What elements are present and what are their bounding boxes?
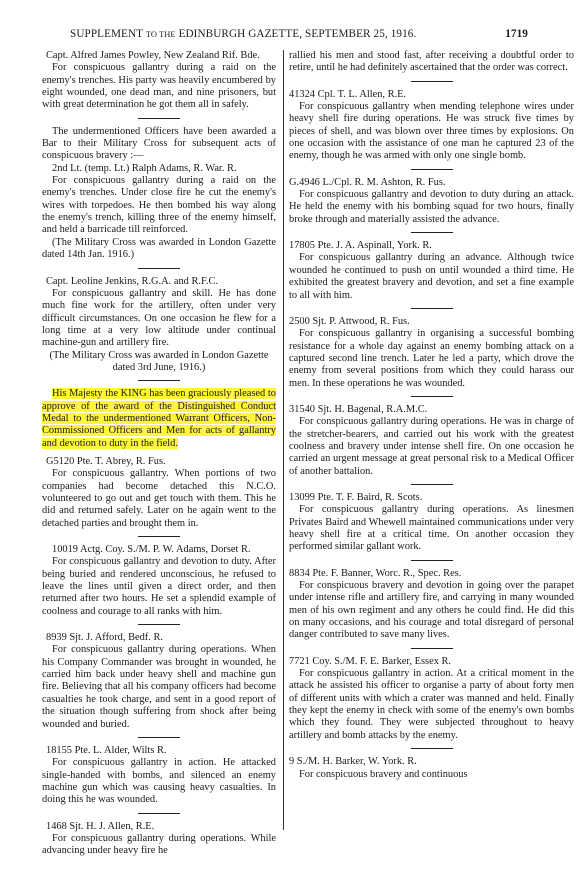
entry-citation: For conspicuous gallantry in action. He … xyxy=(42,757,276,806)
entry-abrey: G5120 Pte. T. Abrey, R. Fus. For conspic… xyxy=(42,456,276,530)
entry-name: G5120 Pte. T. Abrey, R. Fus. xyxy=(42,456,276,468)
entry-name: 2500 Sjt. P. Attwood, R. Fus. xyxy=(289,316,574,328)
entry-name: Capt. Alfred James Powley, New Zealand R… xyxy=(42,50,276,62)
entry-name: 31540 Sjt. H. Bagenal, R.A.M.C. xyxy=(289,404,574,416)
section-rule xyxy=(411,396,453,397)
entry-adams-ralph: 2nd Lt. (temp. Lt.) Ralph Adams, R. War.… xyxy=(42,163,276,262)
entry-note: (The Military Cross was awarded in Londo… xyxy=(42,237,276,262)
entry-citation: For conspicuous gallantry. When portions… xyxy=(42,468,276,530)
header-title-supplement: SUPPLEMENT xyxy=(70,28,143,40)
entry-citation: For conspicuous bravery and devotion in … xyxy=(289,580,574,642)
section-rule xyxy=(411,748,453,749)
section-rule xyxy=(411,308,453,309)
entry-citation: For conspicuous gallantry and devotion t… xyxy=(42,556,276,618)
section-rule xyxy=(411,484,453,485)
entry-jenkins: Capt. Leoline Jenkins, R.G.A. and R.F.C.… xyxy=(42,276,276,375)
column-divider xyxy=(283,50,284,830)
entry-name: 1468 Sjt. H. J. Allen, R.E. xyxy=(42,821,276,833)
entry-name: 41324 Cpl. T. L. Allen, R.E. xyxy=(289,89,574,101)
entry-name: 8834 Pte. F. Banner, Worc. R., Spec. Res… xyxy=(289,568,574,580)
entry-note: (The Military Cross was awarded in Londo… xyxy=(42,350,276,375)
entry-citation: For conspicuous gallantry during a raid … xyxy=(42,175,276,237)
section-rule xyxy=(411,648,453,649)
header-title-gazette-date: EDINBURGH GAZETTE, SEPTEMBER 25, 1916. xyxy=(179,28,417,40)
entry-banner: 8834 Pte. F. Banner, Worc. R., Spec. Res… xyxy=(289,568,574,642)
entry-baird: 13099 Pte. T. F. Baird, R. Scots. For co… xyxy=(289,492,574,554)
entry-allen-tl: 41324 Cpl. T. L. Allen, R.E. For conspic… xyxy=(289,89,574,163)
entry-citation: For conspicuous gallantry when mending t… xyxy=(289,101,574,163)
page-header: SUPPLEMENT TO THE EDINBURGH GAZETTE, SEP… xyxy=(70,28,520,40)
entry-citation: For conspicuous gallantry during operati… xyxy=(42,833,276,858)
left-column: Capt. Alfred James Powley, New Zealand R… xyxy=(42,50,276,858)
entry-citation: For conspicuous gallantry and skill. He … xyxy=(42,288,276,350)
entry-name: G.4946 L./Cpl. R. M. Ashton, R. Fus. xyxy=(289,177,574,189)
entry-powley: Capt. Alfred James Powley, New Zealand R… xyxy=(42,50,276,112)
entry-citation: For conspicuous gallantry in action. At … xyxy=(289,668,574,742)
section-rule xyxy=(138,118,180,119)
entry-citation: For conspicuous gallantry during operati… xyxy=(42,644,276,730)
highlighted-text: His Majesty the KING has been graciously… xyxy=(42,388,276,448)
entry-afford: 8939 Sjt. J. Afford, Bedf. R. For conspi… xyxy=(42,632,276,731)
entry-citation: For conspicuous gallantry in organising … xyxy=(289,328,574,390)
continuation-text: rallied his men and stood fast, after re… xyxy=(289,50,574,75)
entry-barker-fe: 7721 Coy. S./M. F. E. Barker, Essex R. F… xyxy=(289,656,574,742)
dcm-intro: His Majesty the KING has been graciously… xyxy=(42,388,276,450)
section-rule xyxy=(138,380,180,381)
section-rule xyxy=(138,624,180,625)
entry-name: 17805 Pte. J. A. Aspinall, York. R. xyxy=(289,240,574,252)
section-rule xyxy=(138,813,180,814)
entry-name: 9 S./M. H. Barker, W. York. R. xyxy=(289,756,574,768)
section-rule xyxy=(138,737,180,738)
entry-allen-hj: 1468 Sjt. H. J. Allen, R.E. For conspicu… xyxy=(42,821,276,858)
section-rule xyxy=(138,536,180,537)
entry-ashton: G.4946 L./Cpl. R. M. Ashton, R. Fus. For… xyxy=(289,177,574,226)
entry-citation: For conspicuous gallantry and devotion t… xyxy=(289,189,574,226)
entry-bagenal: 31540 Sjt. H. Bagenal, R.A.M.C. For cons… xyxy=(289,404,574,478)
entry-name: 18155 Pte. L. Alder, Wilts R. xyxy=(42,745,276,757)
section-rule xyxy=(411,560,453,561)
entry-citation: For conspicuous gallantry during a raid … xyxy=(42,62,276,111)
right-column: rallied his men and stood fast, after re… xyxy=(289,50,574,781)
entry-barker-h: 9 S./M. H. Barker, W. York. R. For consp… xyxy=(289,756,574,781)
section-rule xyxy=(411,232,453,233)
entry-adams-pw: 10019 Actg. Coy. S./M. P. W. Adams, Dors… xyxy=(42,544,276,618)
entry-name: Capt. Leoline Jenkins, R.G.A. and R.F.C. xyxy=(42,276,276,288)
entry-citation: For conspicuous gallantry during an adva… xyxy=(289,252,574,301)
entry-name: 10019 Actg. Coy. S./M. P. W. Adams, Dors… xyxy=(42,544,276,556)
entry-citation: For conspicuous bravery and continuous xyxy=(289,769,574,781)
entry-name: 7721 Coy. S./M. F. E. Barker, Essex R. xyxy=(289,656,574,668)
entry-attwood: 2500 Sjt. P. Attwood, R. Fus. For conspi… xyxy=(289,316,574,390)
page-number: 1719 xyxy=(505,28,528,40)
entry-name: 8939 Sjt. J. Afford, Bedf. R. xyxy=(42,632,276,644)
bar-to-mc-intro: The undermentioned Officers have been aw… xyxy=(42,126,276,163)
section-rule xyxy=(138,268,180,269)
entry-citation: For conspicuous gallantry during operati… xyxy=(289,504,574,553)
entry-aspinall: 17805 Pte. J. A. Aspinall, York. R. For … xyxy=(289,240,574,302)
section-rule xyxy=(411,169,453,170)
section-rule xyxy=(411,81,453,82)
header-title-to-the: TO THE xyxy=(146,30,176,39)
entry-citation: For conspicuous gallantry during operati… xyxy=(289,416,574,478)
entry-name: 2nd Lt. (temp. Lt.) Ralph Adams, R. War.… xyxy=(42,163,276,175)
entry-name: 13099 Pte. T. F. Baird, R. Scots. xyxy=(289,492,574,504)
entry-alder: 18155 Pte. L. Alder, Wilts R. For conspi… xyxy=(42,745,276,807)
